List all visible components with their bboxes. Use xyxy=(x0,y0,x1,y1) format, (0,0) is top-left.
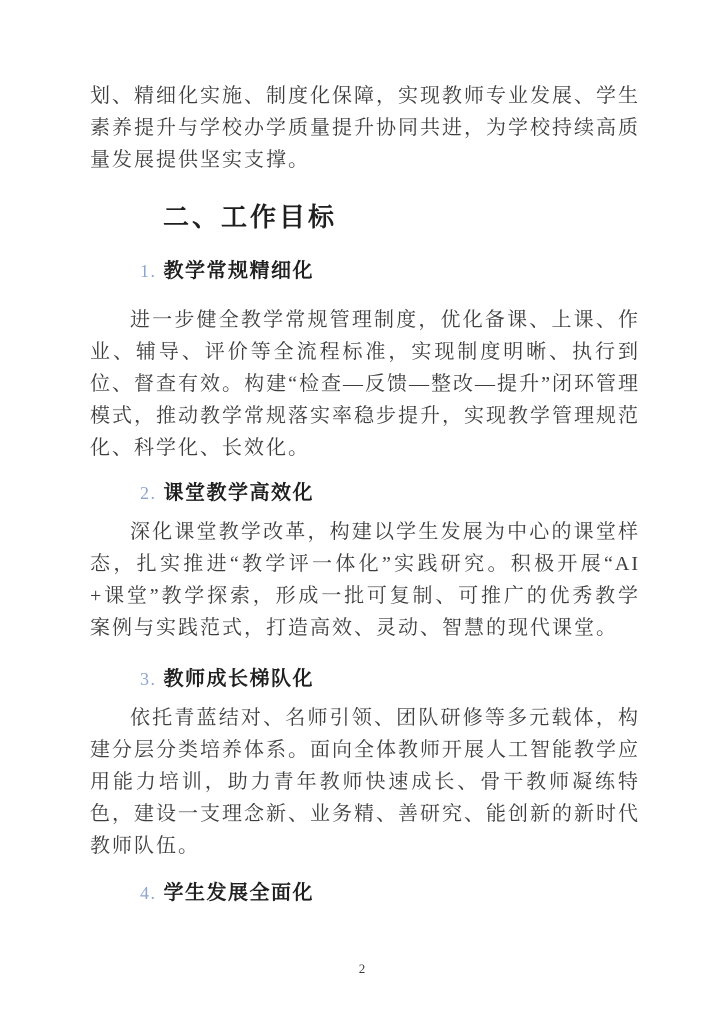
page-number: 2 xyxy=(0,961,724,977)
item-4-title: 学生发展全面化 xyxy=(164,882,315,904)
section-heading: 二、工作目标 xyxy=(90,200,640,236)
item-1-body: 进一步健全教学常规管理制度，优化备课、上课、作业、辅导、评价等全流程标准，实现制… xyxy=(90,304,640,464)
item-2-heading: 2.课堂教学高效化 xyxy=(90,478,640,508)
item-1-number: 1. xyxy=(140,261,157,281)
item-1-heading: 1.教学常规精细化 xyxy=(90,256,640,286)
item-2-number: 2. xyxy=(140,483,157,503)
intro-paragraph: 划、精细化实施、制度化保障，实现教师专业发展、学生素养提升与学校办学质量提升协同… xyxy=(90,80,640,176)
item-2-body: 深化课堂教学改革，构建以学生发展为中心的课堂样态，扎实推进“教学评一体化”实践研… xyxy=(90,516,640,644)
item-3-heading: 3.教师成长梯队化 xyxy=(90,664,640,694)
item-4-number: 4. xyxy=(140,883,157,903)
item-3-title: 教师成长梯队化 xyxy=(164,668,315,690)
item-3-body: 依托青蓝结对、名师引领、团队研修等多元载体，构建分层分类培养体系。面向全体教师开… xyxy=(90,702,640,862)
item-2-title: 课堂教学高效化 xyxy=(164,482,315,504)
item-4-heading: 4.学生发展全面化 xyxy=(90,878,640,908)
item-1-title: 教学常规精细化 xyxy=(164,260,315,282)
item-3-number: 3. xyxy=(140,669,157,689)
document-page: 划、精细化实施、制度化保障，实现教师专业发展、学生素养提升与学校办学质量提升协同… xyxy=(0,0,724,1024)
